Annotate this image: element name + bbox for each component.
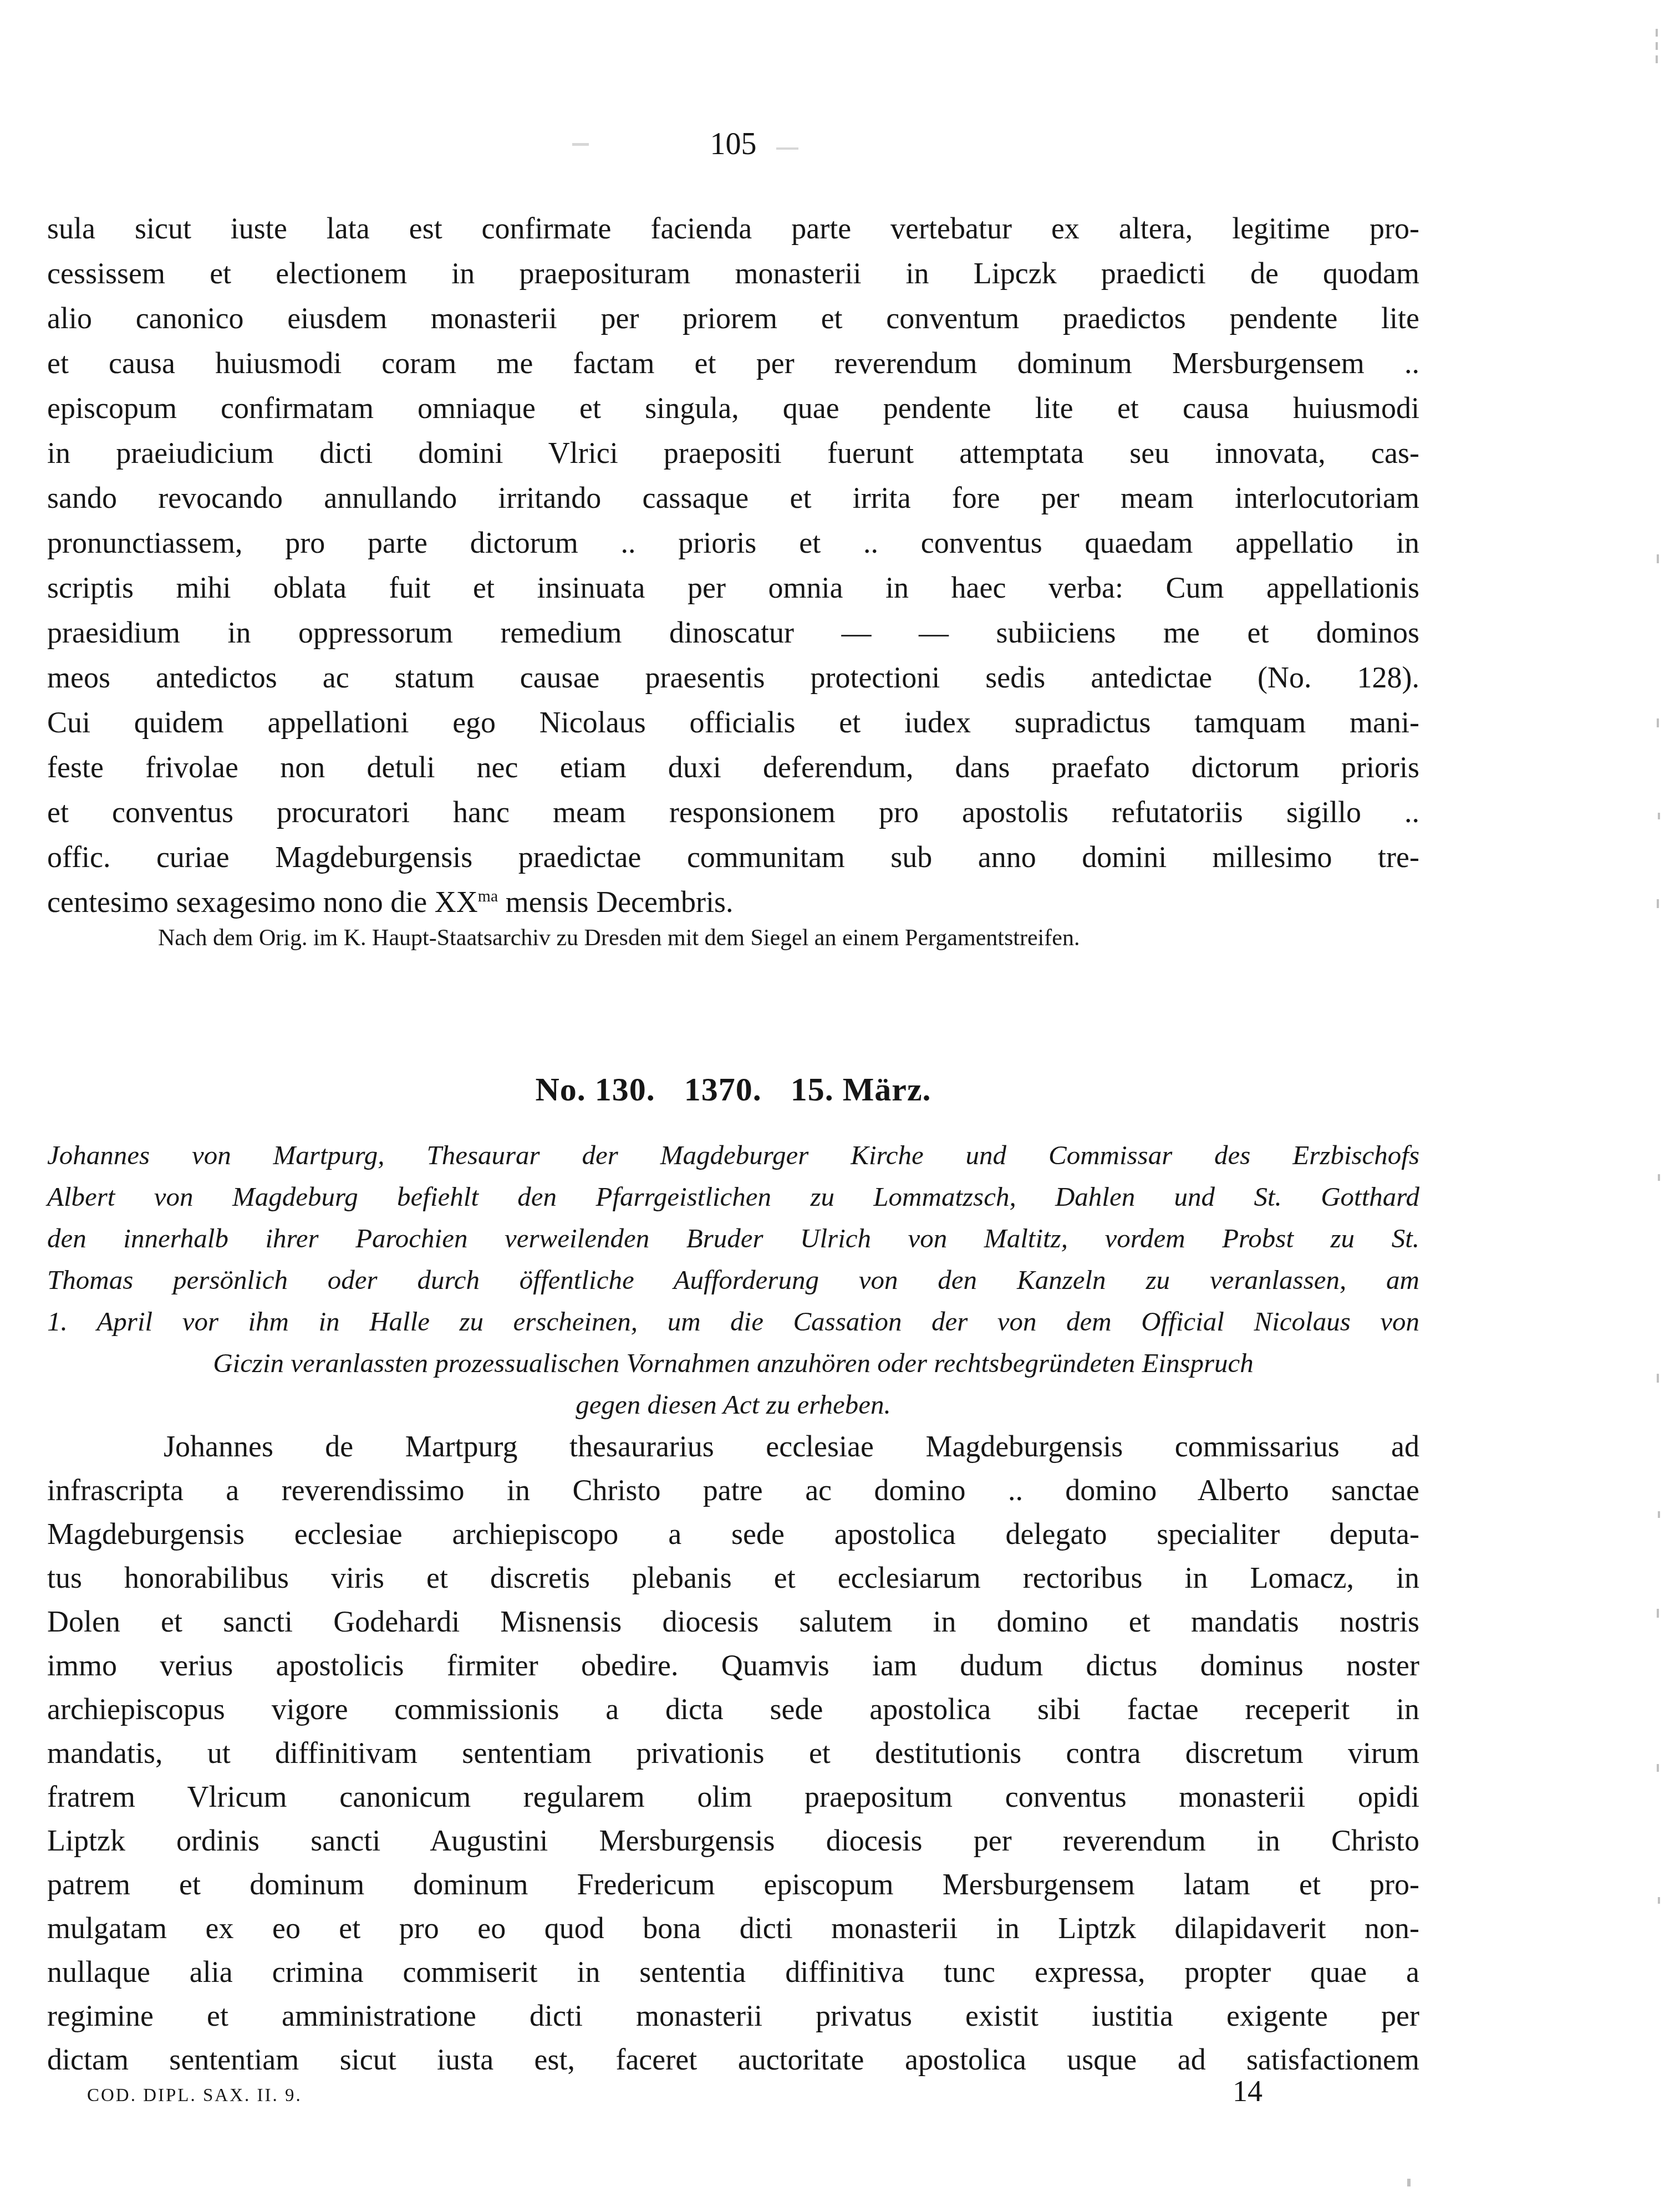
text-line: immo verius apostolicis firmiter obedire… bbox=[47, 1644, 1419, 1688]
summary-line: Albert von Magdeburg befiehlt den Pfarrg… bbox=[47, 1176, 1419, 1217]
text-line: fratrem Vlricum canonicum regularem olim… bbox=[47, 1775, 1419, 1819]
text-line: episcopum confirmatam omniaque et singul… bbox=[47, 386, 1419, 431]
summary-line: Thomas persönlich oder durch öffentliche… bbox=[47, 1259, 1419, 1301]
scan-artifact bbox=[1657, 1609, 1659, 1618]
entry-year: 1370. bbox=[684, 1071, 762, 1108]
text-line: pronunctiassem, pro parte dictorum .. pr… bbox=[47, 521, 1419, 565]
scan-artifact bbox=[1657, 554, 1659, 563]
scan-artifact bbox=[1657, 1764, 1659, 1772]
scan-artifact bbox=[776, 147, 798, 150]
scanned-book-page: 105 sula sicut iuste lata est confirmate… bbox=[0, 0, 1680, 2197]
scan-artifact bbox=[1656, 29, 1658, 37]
scan-artifact bbox=[1656, 42, 1658, 50]
text-line: mandatis, ut diffinitivam sententiam pri… bbox=[47, 1731, 1419, 1775]
scan-artifact bbox=[1407, 2179, 1411, 2186]
text-line: tus honorabilibus viris et discretis ple… bbox=[47, 1556, 1419, 1600]
text-segment: mensis Decembris. bbox=[498, 885, 733, 919]
text-line: nullaque alia crimina commiserit in sent… bbox=[47, 1950, 1419, 1994]
german-summary: Johannes von Martpurg, Thesaurar der Mag… bbox=[47, 1134, 1419, 1425]
scan-artifact bbox=[1656, 55, 1658, 63]
text-line: Cui quidem appellationi ego Nicolaus off… bbox=[47, 700, 1419, 745]
scan-artifact bbox=[572, 143, 589, 146]
text-line: sula sicut iuste lata est confirmate fac… bbox=[47, 206, 1419, 251]
entry-number: No. 130. bbox=[535, 1071, 655, 1108]
scan-artifact bbox=[1657, 1374, 1659, 1383]
summary-line: gegen diesen Act zu erheben. bbox=[47, 1384, 1419, 1425]
text-line: Magdeburgensis ecclesiae archiepiscopo a… bbox=[47, 1512, 1419, 1556]
text-line: cessissem et electionem in praeposituram… bbox=[47, 251, 1419, 296]
summary-line: den innerhalb ihrer Parochien verweilend… bbox=[47, 1217, 1419, 1259]
entry-heading: No. 130.1370.15. März. bbox=[47, 1069, 1419, 1110]
text-line: Johannes de Martpurg thesaurarius eccles… bbox=[47, 1425, 1419, 1469]
page-number-bottom: 14 bbox=[1192, 2074, 1303, 2108]
text-line: alio canonico eiusdem monasterii per pri… bbox=[47, 296, 1419, 341]
text-line: regimine et amministratione dicti monast… bbox=[47, 1994, 1419, 2038]
latin-text-body: Johannes de Martpurg thesaurarius eccles… bbox=[47, 1425, 1419, 2082]
text-line-with-superscript: centesimo sexagesimo nono die XXma mensi… bbox=[47, 880, 1419, 925]
text-line: patrem et dominum dominum Fredericum epi… bbox=[47, 1863, 1419, 1907]
text-line: praesidium in oppressorum remedium dinos… bbox=[47, 610, 1419, 655]
scan-artifact bbox=[1657, 899, 1659, 908]
summary-line: 1. April vor ihm in Halle zu erscheinen,… bbox=[47, 1301, 1419, 1342]
text-line: sando revocando annullando irritando cas… bbox=[47, 476, 1419, 521]
series-signature: COD. DIPL. SAX. II. 9. bbox=[87, 2084, 302, 2107]
scan-artifact bbox=[1657, 718, 1659, 727]
source-note: Nach dem Orig. im K. Haupt-Staatsarchiv … bbox=[158, 921, 1419, 955]
text-line: et conventus procuratori hanc meam respo… bbox=[47, 790, 1419, 835]
superscript-ordinal: ma bbox=[478, 888, 498, 905]
text-line: et causa huiusmodi coram me factam et pe… bbox=[47, 341, 1419, 386]
text-line: archiepiscopus vigore commissionis a dic… bbox=[47, 1688, 1419, 1731]
text-line: Dolen et sancti Godehardi Misnensis dioc… bbox=[47, 1600, 1419, 1644]
text-line: in praeiudicium dicti domini Vlrici prae… bbox=[47, 431, 1419, 476]
text-segment: centesimo sexagesimo nono die XX bbox=[47, 885, 478, 919]
latin-text-continuation: sula sicut iuste lata est confirmate fac… bbox=[47, 206, 1419, 925]
scan-artifact bbox=[1658, 1511, 1660, 1518]
summary-line: Johannes von Martpurg, Thesaurar der Mag… bbox=[47, 1134, 1419, 1176]
text-line: offic. curiae Magdeburgensis praedictae … bbox=[47, 835, 1419, 880]
scan-artifact bbox=[1658, 1174, 1660, 1181]
entry-date: 15. März. bbox=[791, 1071, 931, 1108]
text-line: feste frivolae non detuli nec etiam duxi… bbox=[47, 745, 1419, 790]
scan-artifact bbox=[1658, 1897, 1660, 1904]
scan-artifact bbox=[1658, 813, 1660, 819]
text-line: infrascripta a reverendissimo in Christo… bbox=[47, 1469, 1419, 1512]
text-line: scriptis mihi oblata fuit et insinuata p… bbox=[47, 565, 1419, 610]
text-line: Liptzk ordinis sancti Augustini Mersburg… bbox=[47, 1819, 1419, 1863]
text-line: mulgatam ex eo et pro eo quod bona dicti… bbox=[47, 1907, 1419, 1950]
summary-line: Giczin veranlassten prozessualischen Vor… bbox=[47, 1342, 1419, 1384]
page-number-top: 105 bbox=[47, 128, 1419, 161]
text-line: meos antedictos ac statum causae praesen… bbox=[47, 655, 1419, 700]
